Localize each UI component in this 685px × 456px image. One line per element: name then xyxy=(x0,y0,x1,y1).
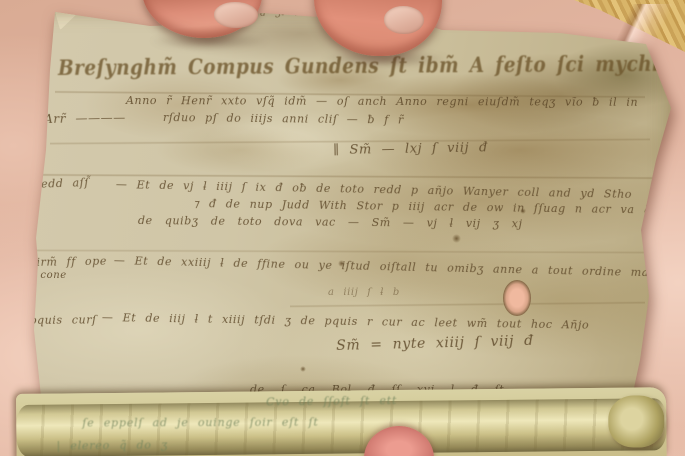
manuscript-line-rents-1: — Et de vj ƚ iiij ſ ix đ oƀ de toto redd… xyxy=(116,179,632,200)
photo-scene: ɗ ʒt ⁊ Blomfielde Breſynghm̃ Compus Gund… xyxy=(0,0,685,456)
margin-label-farm-1: ffirm̃ ff ope xyxy=(27,256,107,268)
fingernail xyxy=(384,6,424,34)
manuscript-line-faint: a iiij ſ ƚ b xyxy=(328,288,400,298)
parchment-crease xyxy=(50,138,650,145)
manuscript-line-farm: — Et de xxiiij ƚ de ffine ou ye iſtud oi… xyxy=(114,255,685,279)
parchment-hole xyxy=(503,280,531,316)
parchment-folded-corner xyxy=(55,10,81,30)
manuscript-line-arrears: rſduo pſ do iiijs anni cliſ — ƀ f r̃ xyxy=(163,112,404,126)
verso-text-line: | elereo q̃ do ʒ xyxy=(56,438,168,452)
parchment-crease xyxy=(35,249,655,254)
stain-spot xyxy=(338,260,345,267)
stain-spot xyxy=(300,366,306,372)
manuscript-line-anno: Anno r̃ Henr̃ xxto vſq̃ idm̃ — oſ anch A… xyxy=(126,95,638,108)
manuscript-line-rents-2: ⁊ đ de nup Judd With Stor p iiij acr de … xyxy=(194,198,682,216)
verso-text-line: Cvo de ſſoft ſt ett xyxy=(266,394,397,408)
stain-spot xyxy=(520,208,526,214)
fingernail xyxy=(214,2,258,28)
rolled-parchment-bottom: Cvo de ſſoft ſt ett ſe eppelſ ad je ouin… xyxy=(16,387,667,456)
manuscript-sum-line: ∥ Sm̃ — lxj ſ viij đ xyxy=(333,141,488,157)
manuscript-sum-line-2: Sm̃ = nyte xiiij ſ viij đ xyxy=(336,334,534,353)
parchment-crease xyxy=(290,301,645,308)
parchment-crease xyxy=(40,173,655,179)
verso-text-line: ſe eppelſ ad je ouinge ſoir eſt ſt xyxy=(82,416,318,430)
margin-label-perquisites: »pquis curſ xyxy=(22,314,97,326)
parchment-roll-end xyxy=(608,395,665,448)
stain-spot xyxy=(452,234,461,243)
margin-label-farm-2: t̃ cone xyxy=(27,271,67,281)
manuscript-line-perquisites: — Et de iiij ƚ t xiiij tſdi ʒ de pquis r… xyxy=(102,312,589,331)
heading-text: Breſynghm̃ Compus Gundens ſt ibm̃ A feſt… xyxy=(58,53,685,79)
manuscript-line-rents-3: de quibʒ de toto dova vac — Sm̃ — vj ƚ v… xyxy=(138,215,523,229)
margin-label-arrears: Arr̃ ———— xyxy=(44,112,126,125)
parchment-crease xyxy=(55,90,645,98)
margin-label-rents: Redd aſſ̃ xyxy=(32,177,89,190)
